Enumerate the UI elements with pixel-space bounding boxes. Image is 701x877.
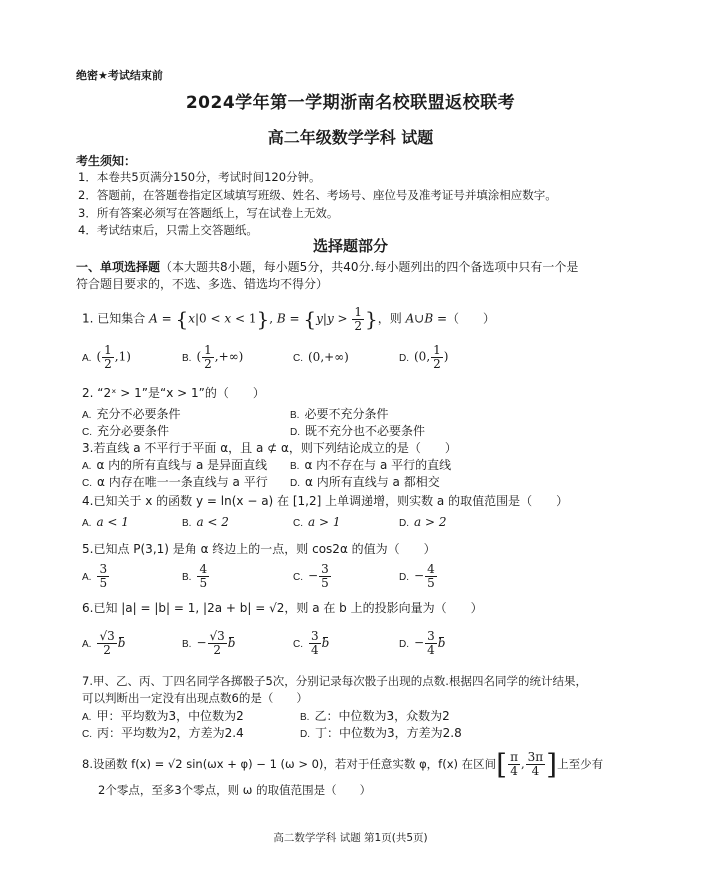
question-2-stem: 2. “2ˣ > 1”是“x > 1”的（ ） [82, 384, 265, 401]
question-3-option-c[interactable]: C.α 内存在唯一一条直线与 a 平行 [82, 473, 268, 490]
question-1-option-c[interactable]: C.(0,+∞) [293, 350, 349, 364]
question-7-stem-line1: 7.甲、乙、丙、丁四名同学各掷骰子5次，分别记录每次骰子出现的点数.根据四名同学… [82, 673, 587, 689]
question-5-option-b[interactable]: B.45 [182, 563, 210, 589]
question-7-option-b[interactable]: B.乙：中位数为3，众数为2 [300, 707, 450, 724]
question-3-option-d[interactable]: D.α 内所有直线与 a 都相交 [290, 473, 440, 490]
question-1-option-b[interactable]: B.(12,+∞) [182, 344, 243, 370]
part-heading: 一、单项选择题 [76, 260, 160, 274]
notice-item-3: 3．所有答案必须写在答题纸上，写在试卷上无效。 [78, 205, 338, 221]
question-7-stem-line2: 可以判断出一定没有出现点数6的是（ ） [82, 690, 308, 706]
question-2-option-d[interactable]: D.既不充分也不必要条件 [290, 422, 425, 439]
question-1-option-d[interactable]: D.(0,12) [399, 344, 448, 370]
part-description-line2: 符合题目要求的，不选、多选、错选均不得分） [76, 275, 328, 292]
question-7-option-d[interactable]: D.丁：中位数为3，方差为2.8 [300, 724, 462, 741]
question-5-option-a[interactable]: A.35 [82, 563, 110, 589]
confidential-label: 绝密★考试结束前 [76, 67, 163, 83]
notice-item-1: 1．本卷共5页满分150分，考试时间120分钟。 [78, 169, 321, 185]
exam-title: 2024学年第一学期浙南名校联盟返校联考 [0, 88, 701, 113]
question-3-stem: 3.若直线 a 不平行于平面 α，且 a ⊄ α，则下列结论成立的是（ ） [82, 439, 457, 456]
subject-title: 高二年级数学学科 试题 [0, 125, 701, 148]
page-footer: 高二数学学科 试题 第1页(共5页) [0, 830, 701, 845]
question-7-option-c[interactable]: C.丙：平均数为2，方差为2.4 [82, 724, 244, 741]
part-heading-line1: 一、单项选择题（本大题共8小题，每小题5分，共40分.每小题列出的四个备选项中只… [76, 258, 578, 275]
question-1-stem: 1. 已知集合 A = {x|0 < x < 1}, B = {y|y > 12… [82, 306, 495, 332]
question-6-option-c[interactable]: C.34b [293, 630, 329, 656]
question-8-stem-line2: 2个零点，至多3个零点，则 ω 的取值范围是（ ） [98, 782, 371, 798]
question-3-option-a[interactable]: A.α 内的所有直线与 a 是异面直线 [82, 456, 267, 473]
section-title: 选择题部分 [0, 235, 701, 256]
question-3-option-b[interactable]: B.α 内不存在与 a 平行的直线 [290, 456, 451, 473]
question-2-option-b[interactable]: B.必要不充分条件 [290, 405, 388, 422]
question-6-option-a[interactable]: A.√32b [82, 630, 125, 656]
question-2-option-a[interactable]: A.充分不必要条件 [82, 405, 180, 422]
question-5-option-c[interactable]: C.−35 [293, 563, 332, 589]
question-6-option-b[interactable]: B.−√32b [182, 630, 235, 656]
question-1-option-a[interactable]: A.(12,1) [82, 344, 131, 370]
question-6-option-d[interactable]: D.−34b [399, 630, 445, 656]
question-7-option-a[interactable]: A.甲：平均数为3，中位数为2 [82, 707, 244, 724]
question-4-option-c[interactable]: C.a > 1 [293, 515, 340, 529]
question-4-option-b[interactable]: B.a < 2 [182, 515, 229, 529]
question-5-option-d[interactable]: D.−45 [399, 563, 438, 589]
question-6-stem: 6.已知 |a| = |b| = 1, |2a + b| = √2，则 a 在 … [82, 599, 483, 616]
question-8-stem-line1: 8.设函数 f(x) = √2 sin(ωx + φ) − 1 (ω > 0)，… [82, 748, 603, 781]
notice-item-2: 2．答题前，在答题卷指定区域填写班级、姓名、考场号、座位号及准考证号并填涂相应数… [78, 187, 557, 203]
question-4-option-d[interactable]: D.a > 2 [399, 515, 446, 529]
part-description: （本大题共8小题，每小题5分，共40分.每小题列出的四个备选项中只有一个是 [160, 260, 578, 274]
notice-heading: 考生须知： [76, 152, 136, 169]
question-4-option-a[interactable]: A.a < 1 [82, 515, 129, 529]
question-2-option-c[interactable]: C.充分必要条件 [82, 422, 169, 439]
question-4-stem: 4.已知关于 x 的函数 y = ln(x − a) 在 [1,2] 上单调递增… [82, 492, 568, 509]
question-5-stem: 5.已知点 P(3,1) 是角 α 终边上的一点，则 cos2α 的值为（ ） [82, 540, 436, 557]
